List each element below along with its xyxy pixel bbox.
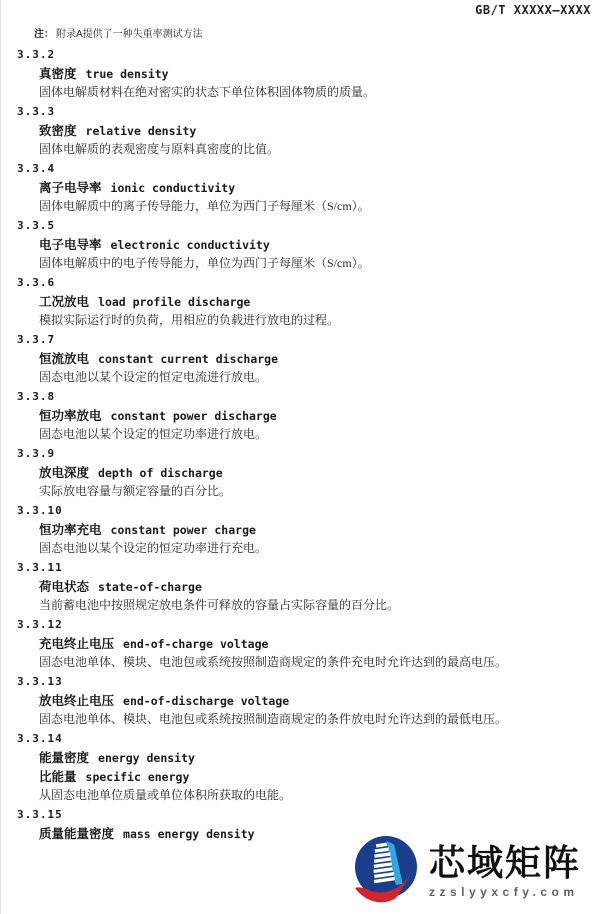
watermark: 芯域矩阵 zzslyyxcfy.com — [351, 834, 581, 908]
section-number: 3.3.11 — [1, 558, 600, 577]
term-line: 恒功率放电constant power discharge — [1, 406, 600, 425]
brand-name: 芯域矩阵 — [429, 843, 581, 883]
term-en: load profile discharge — [98, 295, 250, 309]
terms-list: 3.3.2真密度true density固体电解质材料在绝对密实的状态下单位体积… — [1, 45, 600, 843]
term-en: energy density — [98, 751, 195, 765]
term-en: end-of-discharge voltage — [123, 694, 289, 708]
term-zh: 荷电状态 — [39, 580, 89, 594]
term-en: true density — [86, 67, 169, 81]
term-definition: 固态电池以某个设定的恒定电流进行放电。 — [1, 368, 600, 387]
term-zh: 恒流放电 — [39, 352, 89, 366]
term-line: 能量密度energy density — [1, 748, 600, 767]
term-section: 3.3.9放电深度depth of discharge实际放电容量与额定容量的百… — [1, 444, 600, 501]
term-en: mass energy density — [123, 827, 255, 841]
term-section: 3.3.7恒流放电constant current discharge固态电池以… — [1, 330, 600, 387]
note-line: 注：附录A提供了一种失重率测试方法 — [34, 28, 203, 41]
term-section: 3.3.3致密度relative density固体电解质的表观密度与原料真密度… — [1, 102, 600, 159]
term-line: 电子电导率electronic conductivity — [1, 235, 600, 254]
term-line: 致密度relative density — [1, 121, 600, 140]
term-en: ionic conductivity — [111, 181, 236, 195]
section-number: 3.3.2 — [1, 45, 600, 64]
term-definition: 实际放电容量与额定容量的百分比。 — [1, 482, 600, 501]
document-page: GB/T XXXXX—XXXX 注：附录A提供了一种失重率测试方法 3.3.2真… — [0, 0, 600, 914]
section-number: 3.3.8 — [1, 387, 600, 406]
section-number: 3.3.15 — [1, 805, 600, 824]
section-number: 3.3.13 — [1, 672, 600, 691]
term-en: constant power charge — [111, 523, 256, 537]
term-en: electronic conductivity — [111, 238, 270, 252]
term-en: constant power discharge — [111, 409, 277, 423]
term-definition: 固态电池单体、模块、电池包或系统按照制造商规定的条件放电时允许达到的最低电压。 — [1, 710, 600, 729]
term-en: constant current discharge — [98, 352, 278, 366]
section-number: 3.3.3 — [1, 102, 600, 121]
term-section: 3.3.10恒功率充电constant power charge固态电池以某个设… — [1, 501, 600, 558]
term-definition: 固态电池单体、模块、电池包或系统按照制造商规定的条件充电时允许达到的最高电压。 — [1, 653, 600, 672]
term-zh: 能量密度 — [39, 751, 89, 765]
term-section: 3.3.5电子电导率electronic conductivity固体电解质中的… — [1, 216, 600, 273]
section-number: 3.3.14 — [1, 729, 600, 748]
term-zh: 恒功率充电 — [39, 523, 102, 537]
term-zh: 比能量 — [39, 770, 77, 784]
term-section: 3.3.6工况放电load profile discharge模拟实际运行时的负… — [1, 273, 600, 330]
term-zh: 致密度 — [39, 124, 77, 138]
term-definition: 固态电池以某个设定的恒定功率进行充电。 — [1, 539, 600, 558]
term-definition: 模拟实际运行时的负荷，用相应的负载进行放电的过程。 — [1, 311, 600, 330]
term-zh: 质量能量密度 — [39, 827, 114, 841]
term-line: 工况放电load profile discharge — [1, 292, 600, 311]
section-number: 3.3.6 — [1, 273, 600, 292]
term-zh: 真密度 — [39, 67, 77, 81]
term-section: 3.3.8恒功率放电constant power discharge固态电池以某… — [1, 387, 600, 444]
term-line: 荷电状态state-of-charge — [1, 577, 600, 596]
section-number: 3.3.4 — [1, 159, 600, 178]
term-section: 3.3.4离子电导率ionic conductivity固体电解质中的离子传导能… — [1, 159, 600, 216]
term-definition: 固体电解质中的电子传导能力，单位为西门子每厘米（S/cm）。 — [1, 254, 600, 273]
term-en: end-of-charge voltage — [123, 637, 268, 651]
term-zh: 恒功率放电 — [39, 409, 102, 423]
term-line: 恒流放电constant current discharge — [1, 349, 600, 368]
term-line: 比能量specific energy — [1, 767, 600, 786]
term-en: specific energy — [86, 770, 190, 784]
section-number: 3.3.12 — [1, 615, 600, 634]
term-section: 3.3.12充电终止电压end-of-charge voltage固态电池单体、… — [1, 615, 600, 672]
term-en: relative density — [86, 124, 197, 138]
term-definition: 从固态电池单位质量或单位体积所获取的电能。 — [1, 786, 600, 805]
term-zh: 充电终止电压 — [39, 637, 114, 651]
doc-number: GB/T XXXXX—XXXX — [475, 3, 591, 17]
term-section: 3.3.11荷电状态state-of-charge当前蓄电池中按照规定放电条件可… — [1, 558, 600, 615]
note-text: 附录A提供了一种失重率测试方法 — [56, 29, 203, 40]
term-zh: 放电深度 — [39, 466, 89, 480]
term-line: 充电终止电压end-of-charge voltage — [1, 634, 600, 653]
section-number: 3.3.9 — [1, 444, 600, 463]
term-line: 真密度true density — [1, 64, 600, 83]
term-line: 恒功率充电constant power charge — [1, 520, 600, 539]
term-section: 3.3.13放电终止电压end-of-discharge voltage固态电池… — [1, 672, 600, 729]
term-section: 3.3.14能量密度energy density比能量specific ener… — [1, 729, 600, 805]
term-zh: 电子电导率 — [39, 238, 102, 252]
term-zh: 工况放电 — [39, 295, 89, 309]
term-en: state-of-charge — [98, 580, 202, 594]
term-section: 3.3.2真密度true density固体电解质材料在绝对密实的状态下单位体积… — [1, 45, 600, 102]
section-number: 3.3.7 — [1, 330, 600, 349]
term-zh: 放电终止电压 — [39, 694, 114, 708]
term-zh: 离子电导率 — [39, 181, 102, 195]
term-definition: 固态电池以某个设定的恒定功率进行放电。 — [1, 425, 600, 444]
term-en: depth of discharge — [98, 466, 223, 480]
brand-logo-icon — [351, 834, 423, 908]
term-line: 离子电导率ionic conductivity — [1, 178, 600, 197]
brand-url: zzslyyxcfy.com — [429, 885, 581, 899]
section-number: 3.3.5 — [1, 216, 600, 235]
section-number: 3.3.10 — [1, 501, 600, 520]
term-line: 放电终止电压end-of-discharge voltage — [1, 691, 600, 710]
term-definition: 当前蓄电池中按照规定放电条件可释放的容量占实际容量的百分比。 — [1, 596, 600, 615]
term-definition: 固体电解质的表观密度与原料真密度的比值。 — [1, 140, 600, 159]
term-definition: 固体电解质中的离子传导能力，单位为西门子每厘米（S/cm）。 — [1, 197, 600, 216]
note-label: 注： — [34, 29, 54, 40]
term-line: 放电深度depth of discharge — [1, 463, 600, 482]
term-definition: 固体电解质材料在绝对密实的状态下单位体积固体物质的质量。 — [1, 83, 600, 102]
